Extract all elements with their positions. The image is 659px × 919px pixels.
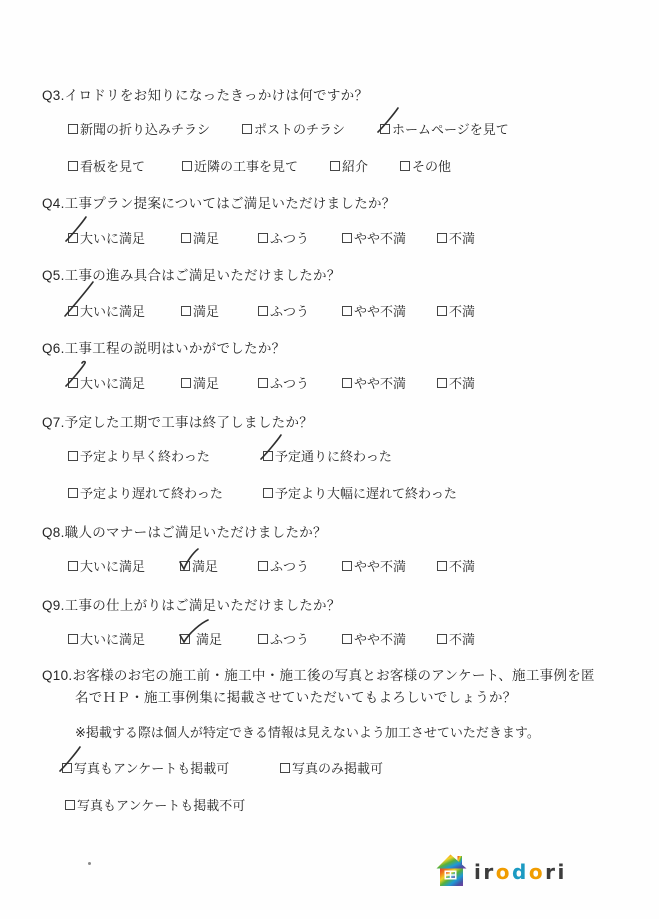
logo-letter: i: [474, 860, 483, 884]
checkbox-q5-dissatisfied[interactable]: [437, 306, 447, 316]
option-label: 予定通りに終わった: [275, 446, 392, 465]
checkbox-q3-signboard[interactable]: [68, 161, 78, 171]
option-q5-very-satisfied: 大いに満足: [68, 303, 145, 318]
checkbox-q7-finished-very-late[interactable]: [263, 488, 273, 498]
checkbox-q10-photos-and-survey-ok[interactable]: [62, 763, 72, 773]
option-label: その他: [412, 156, 451, 175]
checkbox-q8-dissatisfied[interactable]: [437, 561, 447, 571]
option-label: 不満: [449, 629, 475, 648]
option-label: 新聞の折り込みチラシ: [80, 119, 210, 138]
option-label: ポストのチラシ: [254, 119, 345, 138]
option-q3-post-flyer: ポストのチラシ: [242, 121, 345, 136]
checkbox-q5-somewhat-dissatisfied[interactable]: [342, 306, 352, 316]
option-q3-homepage: ホームページを見て: [380, 121, 509, 136]
checkbox-q8-satisfied[interactable]: [180, 561, 190, 571]
checkbox-q9-dissatisfied[interactable]: [437, 634, 447, 644]
option-label: ホームページを見て: [392, 119, 509, 138]
option-label: 不満: [449, 301, 475, 320]
option-q3-newspaper-flyer: 新聞の折り込みチラシ: [68, 121, 210, 136]
checkbox-q4-somewhat-dissatisfied[interactable]: [342, 233, 352, 243]
checkbox-q3-nearby-construction[interactable]: [182, 161, 192, 171]
checkbox-q3-newspaper-flyer[interactable]: [68, 124, 78, 134]
checkbox-q8-very-satisfied[interactable]: [68, 561, 78, 571]
checkbox-q9-neutral[interactable]: [258, 634, 268, 644]
irodori-logo: irodori: [436, 854, 567, 890]
option-label: 不満: [449, 373, 475, 392]
option-q8-satisfied: 満足: [180, 558, 218, 573]
option-label: 満足: [196, 629, 222, 648]
checkbox-q7-finished-on-schedule[interactable]: [263, 451, 273, 461]
option-label: やや不満: [354, 556, 406, 575]
checkbox-q8-somewhat-dissatisfied[interactable]: [342, 561, 352, 571]
option-label: 大いに満足: [80, 228, 145, 247]
option-q8-neutral: ふつう: [258, 558, 309, 573]
option-label: 満足: [193, 228, 219, 247]
option-q8-very-satisfied: 大いに満足: [68, 558, 145, 573]
option-q6-somewhat-dissatisfied: やや不満: [342, 375, 406, 390]
option-label: 不満: [449, 228, 475, 247]
checkbox-q5-satisfied[interactable]: [181, 306, 191, 316]
checkbox-q10-neither-ok[interactable]: [65, 800, 75, 810]
option-label: やや不満: [354, 629, 406, 648]
option-label: 大いに満足: [80, 556, 145, 575]
option-q9-neutral: ふつう: [258, 631, 309, 646]
option-label: 不満: [449, 556, 475, 575]
option-label: 大いに満足: [80, 301, 145, 320]
checkbox-q5-very-satisfied[interactable]: [68, 306, 78, 316]
checkbox-q3-post-flyer[interactable]: [242, 124, 252, 134]
option-q5-satisfied: 満足: [181, 303, 219, 318]
option-q4-satisfied: 満足: [181, 230, 219, 245]
question-q10-title-line1: Q10.お客様のお宅の施工前・施工中・施工後の写真とお客様のアンケート、施工事例…: [42, 664, 595, 684]
option-q4-dissatisfied: 不満: [437, 230, 475, 245]
option-label: 大いに満足: [80, 373, 145, 392]
question-q3-title: Q3.イロドリをお知りになったきっかけは何ですか？: [42, 84, 368, 104]
question-q5-title: Q5.工事の進み具合はご満足いただけましたか？: [42, 264, 341, 284]
option-q3-referral: 紹介: [330, 158, 368, 173]
option-label: 予定より大幅に遅れて終わった: [275, 483, 457, 502]
option-q9-somewhat-dissatisfied: やや不満: [342, 631, 406, 646]
option-q7-finished-late: 予定より遅れて終わった: [68, 485, 223, 500]
option-q7-finished-early: 予定より早く終わった: [68, 448, 210, 463]
question-q8-title: Q8.職人のマナーはご満足いただけましたか？: [42, 521, 327, 541]
option-q3-signboard: 看板を見て: [68, 158, 145, 173]
checkbox-q6-dissatisfied[interactable]: [437, 378, 447, 388]
option-label: 写真もアンケートも掲載不可: [77, 795, 245, 814]
checkbox-q3-other[interactable]: [400, 161, 410, 171]
checkbox-q6-neutral[interactable]: [258, 378, 268, 388]
logo-letter: i: [557, 860, 566, 884]
option-q4-neutral: ふつう: [258, 230, 309, 245]
option-q3-nearby-construction: 近隣の工事を見て: [182, 158, 298, 173]
checkbox-q7-finished-early[interactable]: [68, 451, 78, 461]
option-q9-satisfied: 満足: [180, 631, 222, 646]
option-q6-neutral: ふつう: [258, 375, 309, 390]
question-q4-title: Q4.工事プラン提案についてはご満足いただけましたか？: [42, 192, 396, 212]
option-label: ふつう: [270, 228, 309, 247]
option-label: ふつう: [270, 629, 309, 648]
option-label: 満足: [193, 373, 219, 392]
option-q8-dissatisfied: 不満: [437, 558, 475, 573]
option-q6-satisfied: 満足: [181, 375, 219, 390]
question-q6-title: Q6.工事工程の説明はいかがでしたか？: [42, 337, 285, 357]
option-q6-dissatisfied: 不満: [437, 375, 475, 390]
option-label: 大いに満足: [80, 629, 145, 648]
checkbox-q4-satisfied[interactable]: [181, 233, 191, 243]
option-label: 近隣の工事を見て: [194, 156, 298, 175]
option-label: 紹介: [342, 156, 368, 175]
option-label: ふつう: [270, 301, 309, 320]
option-q10-photos-only-ok: 写真のみ掲載可: [280, 760, 383, 775]
checkbox-q3-homepage[interactable]: [380, 124, 390, 134]
option-label: 予定より遅れて終わった: [80, 483, 223, 502]
option-q4-somewhat-dissatisfied: やや不満: [342, 230, 406, 245]
logo-letter: o: [529, 860, 545, 884]
option-label: 予定より早く終わった: [80, 446, 210, 465]
checkbox-q8-neutral[interactable]: [258, 561, 268, 571]
question-q10-title-line2: 名でＨＰ・施工事例集に掲載させていただいてもよろしいでしょうか？: [75, 686, 517, 706]
checkbox-q7-finished-late[interactable]: [68, 488, 78, 498]
logo-letter: o: [496, 860, 512, 884]
option-label: 満足: [192, 556, 218, 575]
checkbox-q6-satisfied[interactable]: [181, 378, 191, 388]
logo-letter: r: [483, 860, 495, 884]
logo-letter: r: [545, 860, 557, 884]
question-q7-title: Q7.予定した工期で工事は終了しましたか？: [42, 411, 313, 431]
questionnaire-page: Q3.イロドリをお知りになったきっかけは何ですか？ 新聞の折り込みチラシ ポスト…: [0, 0, 659, 919]
option-label: やや不満: [354, 301, 406, 320]
checkbox-q9-satisfied[interactable]: [180, 634, 190, 644]
checkbox-q9-very-satisfied[interactable]: [68, 634, 78, 644]
checkbox-q4-neutral[interactable]: [258, 233, 268, 243]
option-q10-photos-and-survey-ok: 写真もアンケートも掲載可: [62, 760, 229, 775]
option-q5-neutral: ふつう: [258, 303, 309, 318]
logo-letter: d: [512, 860, 529, 884]
option-q9-very-satisfied: 大いに満足: [68, 631, 145, 646]
option-label: 看板を見て: [80, 156, 145, 175]
option-label: やや不満: [354, 373, 406, 392]
option-label: 写真もアンケートも掲載可: [74, 758, 229, 777]
option-label: 写真のみ掲載可: [292, 758, 383, 777]
option-q7-finished-on-schedule: 予定通りに終わった: [263, 448, 392, 463]
checkbox-q4-very-satisfied[interactable]: [68, 233, 78, 243]
scan-speck: [88, 862, 91, 865]
rainbow-house-icon: [436, 854, 468, 890]
option-label: ふつう: [270, 556, 309, 575]
option-q8-somewhat-dissatisfied: やや不満: [342, 558, 406, 573]
checkbox-q3-referral[interactable]: [330, 161, 340, 171]
option-label: やや不満: [354, 228, 406, 247]
option-q6-very-satisfied: 大いに満足: [68, 375, 145, 390]
option-q10-neither-ok: 写真もアンケートも掲載不可: [65, 797, 245, 812]
checkbox-q4-dissatisfied[interactable]: [437, 233, 447, 243]
logo-text: irodori: [474, 860, 567, 884]
checkbox-q5-neutral[interactable]: [258, 306, 268, 316]
option-q7-finished-very-late: 予定より大幅に遅れて終わった: [263, 485, 457, 500]
option-label: ふつう: [270, 373, 309, 392]
option-q9-dissatisfied: 不満: [437, 631, 475, 646]
question-q10-note: ※掲載する際は個人が特定できる情報は見えないよう加工させていただきます。: [75, 722, 540, 741]
option-q3-other: その他: [400, 158, 451, 173]
option-q4-very-satisfied: 大いに満足: [68, 230, 145, 245]
checkbox-q9-somewhat-dissatisfied[interactable]: [342, 634, 352, 644]
question-q9-title: Q9.工事の仕上がりはご満足いただけましたか？: [42, 594, 341, 614]
option-label: 満足: [193, 301, 219, 320]
checkbox-q10-photos-only-ok[interactable]: [280, 763, 290, 773]
option-q5-somewhat-dissatisfied: やや不満: [342, 303, 406, 318]
checkbox-q6-somewhat-dissatisfied[interactable]: [342, 378, 352, 388]
option-q5-dissatisfied: 不満: [437, 303, 475, 318]
checkbox-q6-very-satisfied[interactable]: [68, 378, 78, 388]
